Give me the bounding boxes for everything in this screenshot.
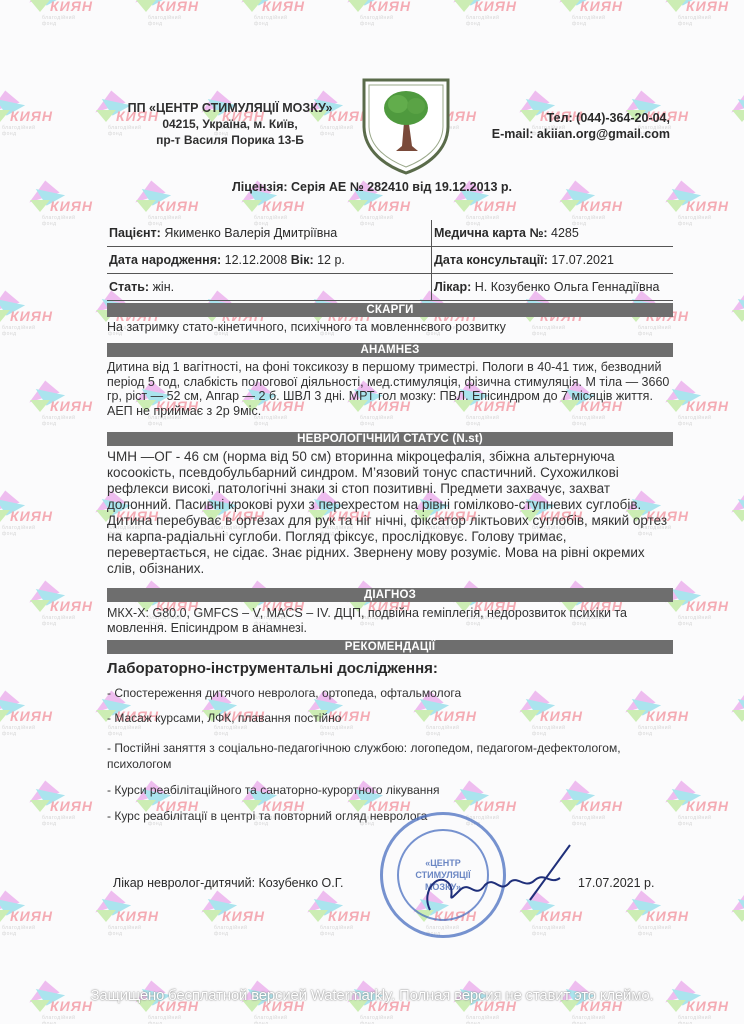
consultation-date-label: Дата консультації: xyxy=(434,253,548,267)
neuro-line: Дитина перебуває в ортезах для рук та ні… xyxy=(107,513,673,529)
organization-block: ПП «ЦЕНТР СТИМУЛЯЦІЇ МОЗКУ» 04215, Украї… xyxy=(120,100,340,148)
doctor-signature-line: Лікар невролог-дитячий: Козубенко О.Г. xyxy=(113,876,343,890)
patient-info-table: Пацієнт: Якименко Валерія Дмитріївна Мед… xyxy=(107,220,673,301)
recommendations-subtitle: Лабораторно-інструментальні дослідження: xyxy=(107,660,438,677)
recommendation-item: - Курси реабілітаційного та санаторно-ку… xyxy=(107,782,673,798)
info-row-sex: Стать: жін. Лікар: Н. Козубенко Ольга Ге… xyxy=(107,274,673,301)
neuro-line: перевертається, не сідає. Знає рідних. З… xyxy=(107,545,673,561)
contacts-block: Тел: (044)-364-20-04, E-mail: akiian.org… xyxy=(460,110,670,142)
neuro-line: косоокість, псевдобульбарний синдром. М’… xyxy=(107,465,673,481)
complaints-text: На затримку стато-кінетичного, психічног… xyxy=(107,320,673,335)
license-info: Ліцензія: Серія АЕ № 282410 від 19.12.20… xyxy=(0,180,744,194)
patient-name: Якименко Валерія Дмитріївна xyxy=(164,226,337,240)
email: E-mail: akiian.org@gmail.com xyxy=(460,126,670,142)
sex-value: жін. xyxy=(153,280,175,294)
info-row-birth: Дата народження: 12.12.2008 Вік: 12 р. Д… xyxy=(107,247,673,274)
neuro-line: рефлекси високі, патологічні знаки зі ст… xyxy=(107,481,673,497)
medical-card-label: Медична карта №: xyxy=(434,226,548,240)
neuro-line: на карпа-радіальні суглоби. Погляд фіксу… xyxy=(107,529,673,545)
anamnesis-header: АНАМНЕЗ xyxy=(107,343,673,357)
neuro-status-header: НЕВРОЛОГІЧНИЙ СТАТУС (N.st) xyxy=(107,432,673,446)
neuro-line: долонний. Пасивні крокові рухи з перехре… xyxy=(107,497,673,513)
recommendation-item: - Курс реабілітації в центрі та повторни… xyxy=(107,808,673,824)
diagnosis-line: мовлення. Епісиндром в анамнезі. xyxy=(107,621,673,636)
anamnesis-line: період 5 год, слабкість пологової діяльн… xyxy=(107,375,673,390)
consultation-date: 17.07.2021 xyxy=(551,253,614,267)
medical-card-number: 4285 xyxy=(551,226,579,240)
complaints-header: СКАРГИ xyxy=(107,303,673,317)
sex-label: Стать: xyxy=(109,280,149,294)
tree-shield-icon xyxy=(360,76,452,176)
phone: Тел: (044)-364-20-04, xyxy=(460,110,670,126)
neuro-line: ЧМН —ОГ - 46 см (норма від 50 см) вторин… xyxy=(107,449,673,465)
recommendation-item: - Масаж курсами, ЛФК, плавання постійно xyxy=(107,710,673,726)
age-value: 12 р. xyxy=(317,253,345,267)
anamnesis-line: гр, ріст — 52 см, Апгар — 2 б. ШВЛ 3 дні… xyxy=(107,389,673,404)
age-label: Вік: xyxy=(291,253,314,267)
organization-name: ПП «ЦЕНТР СТИМУЛЯЦІЇ МОЗКУ» xyxy=(120,100,340,116)
document-date: 17.07.2021 р. xyxy=(578,876,654,890)
diagnosis-line: МКХ-Х: G80.0, GMFCS – V, MACS – IV. ДЦП,… xyxy=(107,606,673,621)
recommendation-item: - Спостереження дитячого невролога, орто… xyxy=(107,685,673,701)
anamnesis-line: АЕП не приймає з 2р 9міс. xyxy=(107,404,673,419)
diagnosis-text: МКХ-Х: G80.0, GMFCS – V, MACS – IV. ДЦП,… xyxy=(107,606,673,635)
recommendations-header: РЕКОМЕНДАЦІЇ xyxy=(107,640,673,654)
info-row-patient: Пацієнт: Якименко Валерія Дмитріївна Мед… xyxy=(107,220,673,247)
address-line-1: 04215, Україна, м. Київ, xyxy=(120,116,340,132)
anamnesis-text: Дитина від 1 вагітності, на фоні токсико… xyxy=(107,360,673,418)
recommendation-item: - Постійні заняття з соціально-педагогіч… xyxy=(107,740,647,772)
patient-label: Пацієнт: xyxy=(109,226,161,240)
neuro-line: слів, обізнаних. xyxy=(107,561,673,577)
birth-date-label: Дата народження: xyxy=(109,253,221,267)
doctor-label: Лікар: xyxy=(434,280,471,294)
diagnosis-header: ДІАГНОЗ xyxy=(107,588,673,602)
signature-icon xyxy=(410,840,580,920)
neuro-status-text: ЧМН —ОГ - 46 см (норма від 50 см) вторин… xyxy=(107,449,673,577)
doctor-name: Н. Козубенко Ольга Геннадіївна xyxy=(475,280,660,294)
anamnesis-line: Дитина від 1 вагітності, на фоні токсико… xyxy=(107,360,673,375)
address-line-2: пр-т Василя Порика 13-Б xyxy=(120,132,340,148)
watermarkly-notice: Защищено бесплатной версией Watermarkly.… xyxy=(0,987,744,1004)
birth-date: 12.12.2008 xyxy=(225,253,288,267)
